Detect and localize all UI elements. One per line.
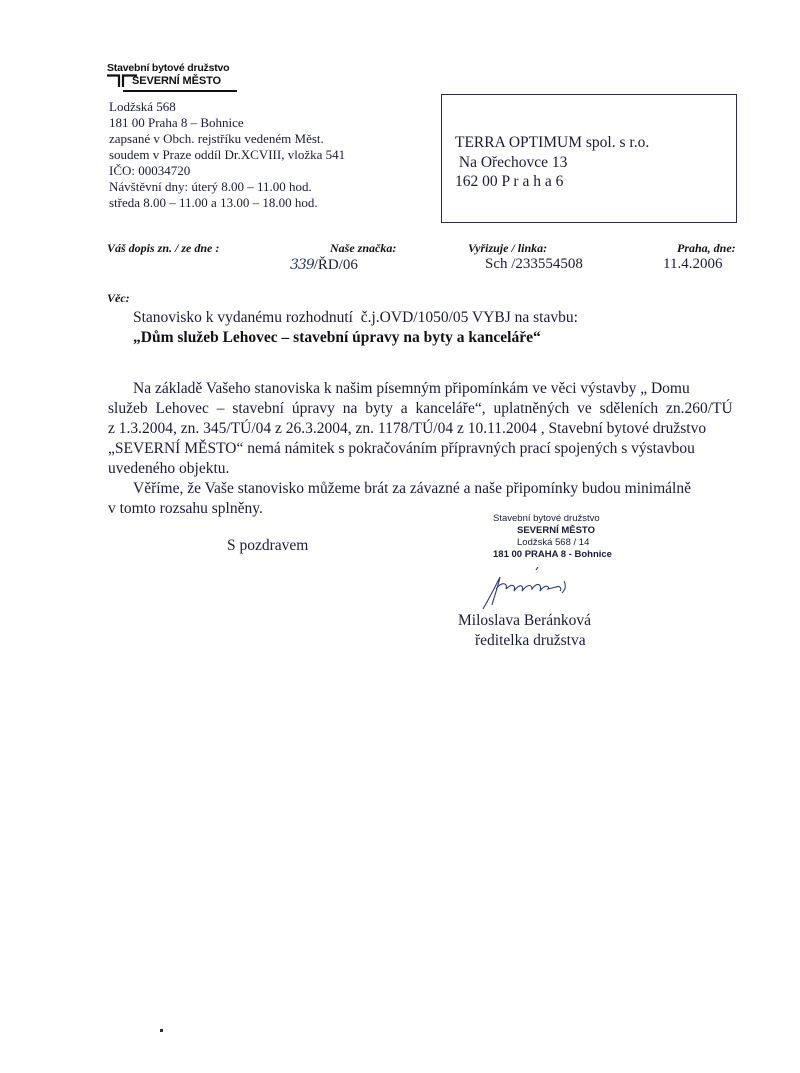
place-date-label: Praha, dne: — [677, 241, 736, 256]
body-line: Na základě Vašeho stanoviska k našim pís… — [108, 379, 748, 399]
body-line: z 1.3.2004, zn. 345/TÚ/04 z 26.3.2004, z… — [108, 419, 748, 439]
recipient-address: TERRA OPTIMUM spol. s r.o. Na Ořechovce … — [455, 133, 649, 192]
closing: S pozdravem — [227, 537, 308, 555]
sender-line: IČO: 00034720 — [109, 163, 345, 179]
logo-underline — [123, 90, 237, 92]
body-paragraph-1: Na základě Vašeho stanoviska k našim pís… — [108, 379, 748, 479]
scan-speck — [160, 1029, 163, 1032]
sender-address: Lodžská 568 181 00 Praha 8 – Bohnice zap… — [109, 99, 345, 211]
recipient-line: Na Ořechovce 13 — [455, 153, 649, 173]
subject-label: Věc: — [107, 291, 130, 306]
our-ref-handwritten: 339 — [290, 257, 314, 273]
body-paragraph-2: Věříme, že Vaše stanovisko můžeme brát z… — [108, 479, 748, 519]
stamp-line: 181 00 PRAHA 8 - Bohnice — [493, 549, 612, 561]
sender-line: středa 8.00 – 11.00 a 13.00 – 18.00 hod. — [109, 195, 345, 211]
body-line: v tomto rozsahu splněny. — [108, 499, 748, 519]
stamp-line: Lodžská 568 / 14 — [493, 537, 612, 549]
org-name-small: Stavební bytové družstvo — [107, 62, 229, 74]
recipient-line: TERRA OPTIMUM spol. s r.o. — [455, 133, 649, 153]
subject-line: Stanovisko k vydanému rozhodnutí č.j.OVD… — [133, 308, 578, 328]
company-stamp: Stavební bytové družstvo SEVERNÍ MĚSTO L… — [493, 513, 612, 561]
handled-by-label: Vyřizuje / linka: — [468, 241, 547, 256]
stamp-line: Stavební bytové družstvo — [493, 513, 612, 525]
signature-icon — [478, 567, 578, 612]
body-line: uvedeného objektu. — [108, 459, 748, 479]
sender-line: Lodžská 568 — [109, 99, 345, 115]
our-ref-label: Naše značka: — [330, 241, 396, 256]
our-ref: 339/ŘD/06 — [290, 256, 358, 274]
body-line: „SEVERNÍ MĚSTO“ nemá námitek s pokračová… — [108, 439, 748, 459]
sender-line: soudem v Praze oddíl Dr.XCVIII, vložka 5… — [109, 147, 345, 163]
letter-body: Na základě Vašeho stanoviska k našim pís… — [108, 379, 748, 519]
body-line: Věříme, že Vaše stanovisko můžeme brát z… — [108, 479, 748, 499]
recipient-line: 162 00 P r a h a 6 — [455, 172, 649, 192]
sender-line: zapsané v Obch. rejstříku vedeném Měst. — [109, 131, 345, 147]
stamp-line: SEVERNÍ MĚSTO — [493, 525, 612, 537]
subject-title: „Dům služeb Lehovec – stavební úpravy na… — [133, 328, 578, 348]
signatory-title: ředitelka družstva — [458, 631, 591, 651]
org-name-large: SEVERNÍ MĚSTO — [132, 75, 221, 87]
sender-line: Návštěvní dny: úterý 8.00 – 11.00 hod. — [109, 179, 345, 195]
our-ref-value: /ŘD/06 — [314, 257, 358, 273]
body-line: služeb Lehovec – stavební úpravy na byty… — [108, 399, 748, 419]
your-letter-label: Váš dopis zn. / ze dne : — [107, 241, 219, 256]
signatory-name: Miloslava Beránková — [458, 611, 591, 631]
signatory: Miloslava Beránková ředitelka družstva — [458, 611, 591, 650]
sender-line: 181 00 Praha 8 – Bohnice — [109, 115, 345, 131]
date-value: 11.4.2006 — [663, 256, 722, 273]
handled-by-value: Sch /233554508 — [485, 256, 583, 273]
subject: Stanovisko k vydanému rozhodnutí č.j.OVD… — [133, 308, 578, 348]
